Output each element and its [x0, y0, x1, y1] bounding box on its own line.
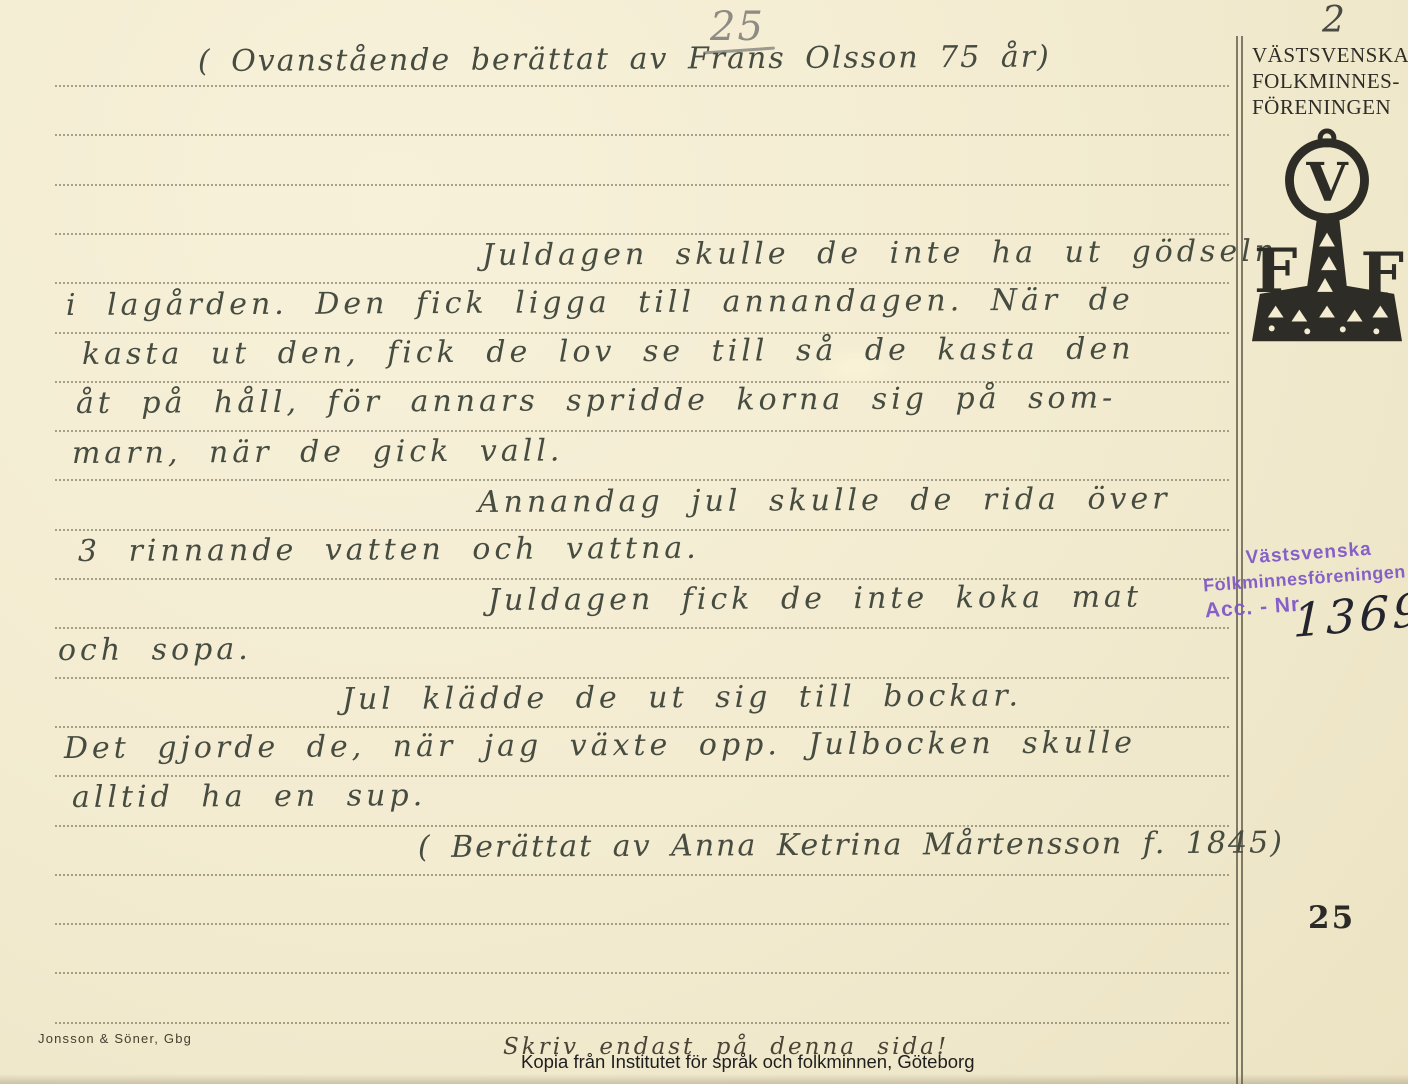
ruled-line: [55, 627, 1229, 629]
manuscript-line: alltid ha en sup.: [72, 778, 426, 815]
manuscript-attribution: ( Berättat av Anna Ketrina Mårtensson f.…: [418, 825, 1284, 865]
scanned-document-page: 2 25 ( Ovanstående berättat av Frans Ols…: [0, 0, 1408, 1084]
manuscript-line: och sopa.: [58, 632, 252, 668]
svg-text:V: V: [1305, 151, 1349, 214]
manuscript-header-note: ( Ovanstående berättat av Frans Olsson 7…: [198, 40, 1051, 79]
ruled-line: [55, 85, 1229, 87]
printed-sheet-number: 25: [1308, 900, 1355, 936]
manuscript-line: Det gjorde de, när jag växte opp. Julboc…: [64, 725, 1136, 766]
ruled-line: [55, 972, 1229, 974]
ruled-line: [55, 430, 1229, 432]
ruled-line: [55, 874, 1229, 876]
manuscript-line: Juldagen fick de inte koka mat: [488, 580, 1142, 618]
manuscript-line: Juldagen skulle de inte ha ut gödseln: [482, 234, 1278, 273]
ruled-line: [55, 1022, 1229, 1024]
accession-number: 1369: [1293, 582, 1408, 648]
printer-imprint: Jonsson & Söner, Gbg: [38, 1031, 192, 1046]
manuscript-line: marn, när de gick vall.: [72, 433, 564, 471]
archive-copy-caption: Kopia från Institutet för språk och folk…: [521, 1051, 975, 1073]
thors-hammer-logo-icon: V F F: [1248, 126, 1406, 363]
ruled-line: [55, 677, 1229, 679]
manuscript-line: Jul klädde de ut sig till bockar.: [342, 678, 1022, 717]
ruled-line: [55, 923, 1229, 925]
svg-text:F: F: [1361, 240, 1404, 311]
organization-name-line3: FÖRENINGEN: [1252, 94, 1404, 120]
ruled-line: [55, 184, 1229, 186]
organization-name-line2: FOLKMINNES-: [1252, 68, 1404, 94]
organization-name-line1: VÄSTSVENSKA: [1252, 42, 1404, 68]
ruled-line: [55, 775, 1229, 777]
manuscript-line: 3 rinnande vatten och vattna.: [78, 531, 700, 569]
manuscript-line: åt på håll, för annars spridde korna sig…: [76, 381, 1116, 421]
manuscript-line: Annandag jul skulle de rida över: [478, 481, 1171, 520]
organization-name: VÄSTSVENSKA FOLKMINNES- FÖRENINGEN: [1252, 42, 1404, 120]
manuscript-line: kasta ut den, fick de lov se till så de …: [82, 331, 1135, 372]
ruled-line: [55, 134, 1229, 136]
svg-text:F: F: [1254, 236, 1297, 307]
manuscript-line: i lagården. Den fick ligga till annandag…: [66, 282, 1134, 323]
handwritten-page-number: 2: [1322, 0, 1345, 41]
